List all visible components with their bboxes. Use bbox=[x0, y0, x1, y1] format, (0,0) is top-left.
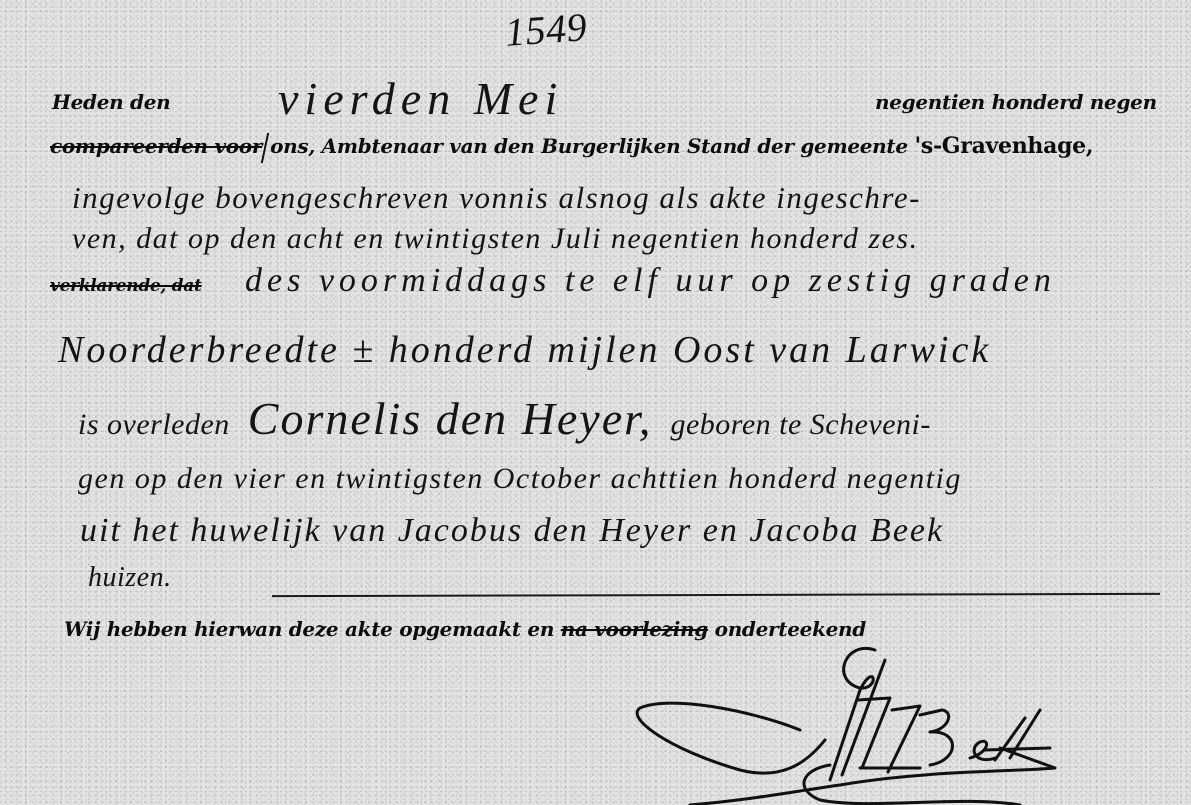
line-date-printed-start: Heden den bbox=[52, 90, 170, 114]
closing-end: onderteekend bbox=[715, 617, 866, 641]
struck-na-voorlezing: na voorlezing bbox=[561, 617, 708, 641]
line-10: huizen. bbox=[88, 562, 172, 594]
line-date-handwritten: vierden Mei bbox=[278, 72, 563, 125]
document-page: 1549 Heden den vierden Mei negentien hon… bbox=[0, 0, 1191, 805]
closing-statement: Wij hebben hierwan deze akte opgemaakt e… bbox=[64, 617, 866, 641]
official-text: ons, Ambtenaar van den Burgerlijken Stan… bbox=[270, 134, 908, 158]
closing-rule bbox=[272, 593, 1160, 597]
record-number: 1549 bbox=[503, 3, 588, 56]
line-9: uit het huwelijk van Jacobus den Heyer e… bbox=[80, 512, 944, 550]
struck-verklarende-dat: verklarende, dat bbox=[50, 276, 202, 296]
struck-compareerden-voor: compareerden voor bbox=[50, 134, 262, 158]
insertion-bracket bbox=[261, 133, 269, 163]
line-7: is overleden Cornelis den Heyer, geboren… bbox=[78, 392, 931, 445]
line-3: ingevolge bovengeschreven vonnis alsnog … bbox=[72, 180, 921, 216]
line-6: Noorderbreedte ± honderd mijlen Oost van… bbox=[58, 328, 991, 372]
closing-start: Wij hebben hierwan deze akte opgemaakt e… bbox=[64, 617, 554, 641]
line-4: ven, dat op den acht en twintigsten Juli… bbox=[72, 222, 919, 256]
signature-icon bbox=[630, 640, 1100, 805]
line-5: des voormiddags te elf uur op zestig gra… bbox=[245, 262, 1056, 300]
line-date-printed-end: negentien honderd negen bbox=[875, 90, 1157, 114]
line-8: gen op den vier en twintigsten October a… bbox=[78, 462, 962, 496]
deceased-name: Cornelis den Heyer, bbox=[248, 393, 653, 444]
line-7-start: is overleden bbox=[78, 408, 230, 441]
municipality-name: 's-Gravenhage, bbox=[914, 133, 1093, 159]
line-7-end: geboren te Scheveni- bbox=[670, 408, 930, 441]
line-official: compareerden voorons, Ambtenaar van den … bbox=[50, 133, 1093, 163]
